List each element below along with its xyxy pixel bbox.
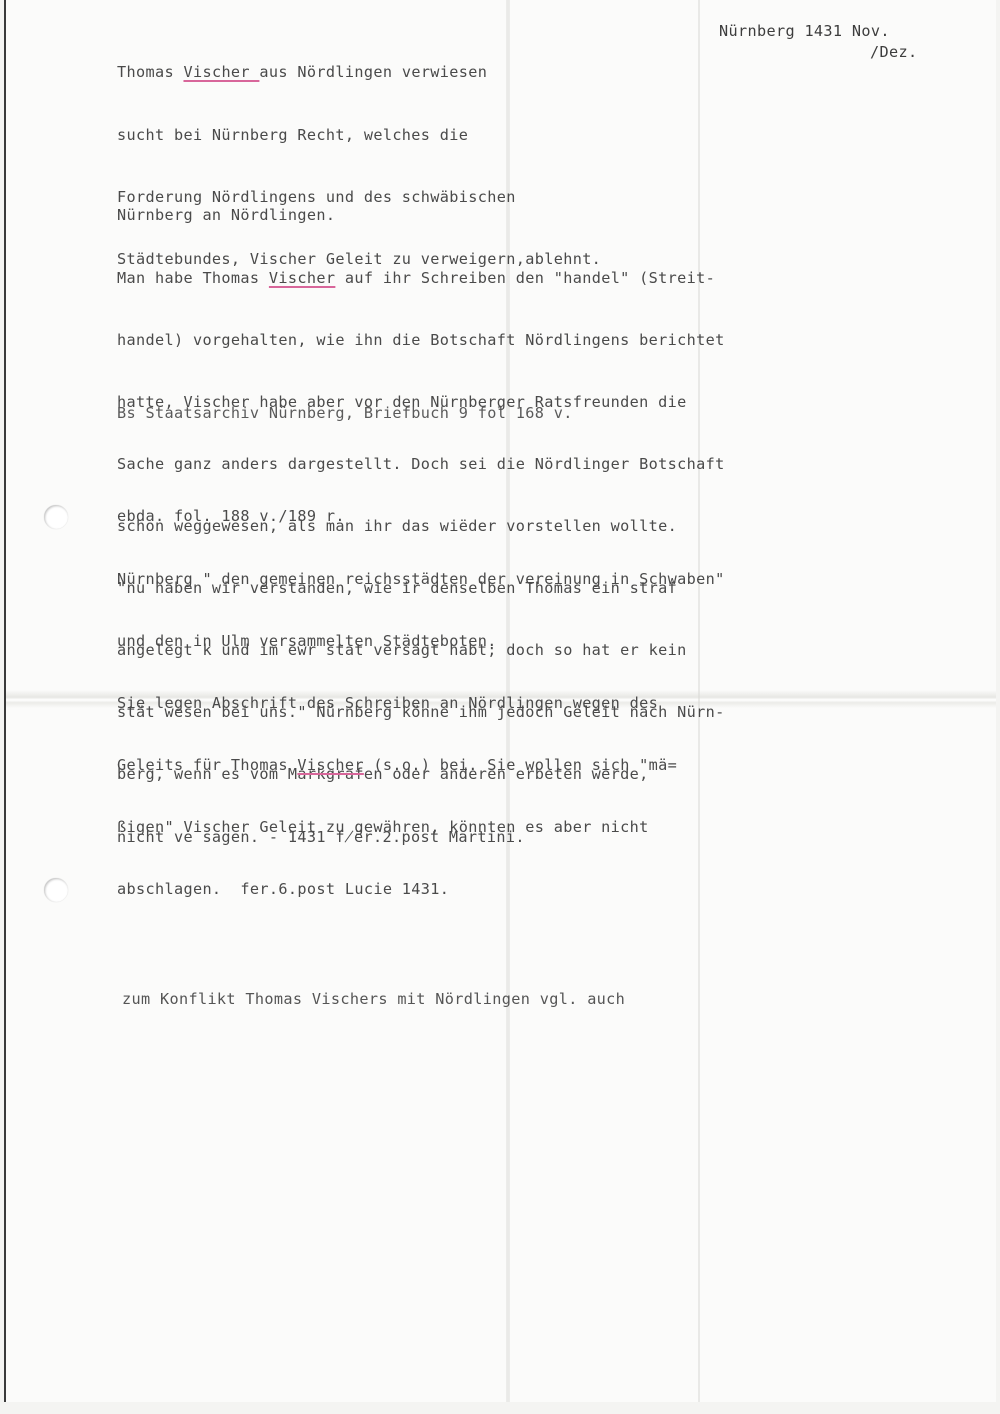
place-date: Nürnberg 1431 Nov. (719, 21, 890, 42)
entry-line: handel) vorgehalten, wie ihn die Botscha… (117, 330, 725, 351)
punch-hole-icon (44, 505, 68, 529)
entry-line: Nürnberg " den gemeinen reichsstädten de… (117, 569, 725, 590)
archive-source: Bs Staatsarchiv Nürnberg, Briefbuch 9 fo… (117, 403, 573, 424)
summary-line-1: Thomas Vischer aus Nördlingen verwiesen (117, 62, 601, 83)
entry-title: Nürnberg an Nördlingen. (117, 205, 725, 226)
highlighted-name: Vischer (297, 756, 363, 774)
cross-reference-note: zum Konflikt Thomas Vischers mit Nördlin… (122, 989, 625, 1010)
entry-line: Sie legen Abschrift des Schreiben an Nör… (117, 693, 725, 714)
summary-line: sucht bei Nürnberg Recht, welches die (117, 125, 601, 146)
folio-reference: ebda. fol. 188 v./189 r. (117, 506, 725, 527)
entry-line-1: Man habe Thomas Vischer auf ihr Schreibe… (117, 268, 725, 289)
entry-line-highlight: Geleits für Thomas Vischer (s.o.) bei. S… (117, 755, 725, 776)
punch-hole-icon (44, 878, 68, 902)
entry-line: und den in Ulm versammelten Städteboten. (117, 631, 725, 652)
place-date-continued: /Dez. (870, 42, 917, 63)
highlighted-name: Vischer (183, 63, 259, 81)
entry-line: ßigen" Vischer Geleit zu gewähren, könnt… (117, 817, 725, 838)
highlighted-name: Vischer (269, 269, 335, 287)
entry-line: abschlagen. fer.6.post Lucie 1431. (117, 879, 725, 900)
entry-2: ebda. fol. 188 v./189 r. Nürnberg " den … (117, 465, 725, 920)
